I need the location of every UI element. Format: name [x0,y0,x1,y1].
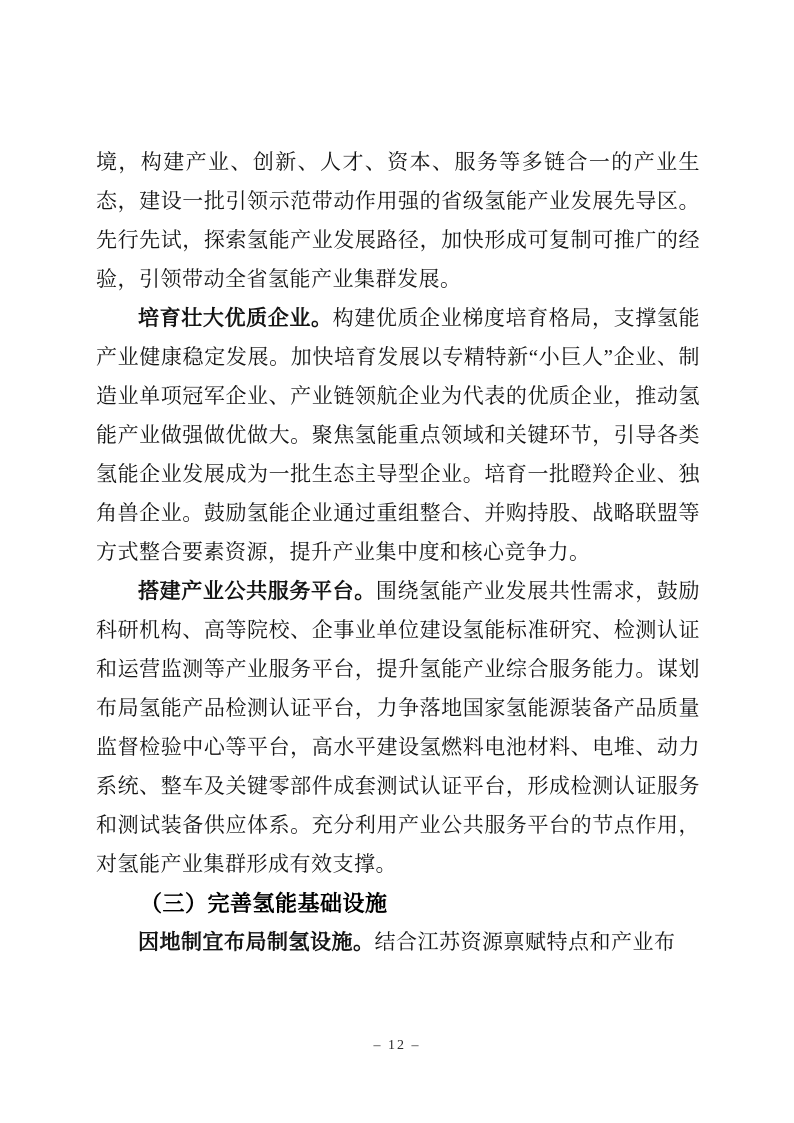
document-body: 境，构建产业、创新、人才、资本、服务等多链合一的产业生态，建设一批引领示范带动作… [96,143,700,962]
paragraph-text: 结合江苏资源禀赋特点和产业布 [375,930,676,954]
paragraph-lead: 搭建产业公共服务平台。 [138,579,376,603]
paragraph-hydrogen-facilities: 因地制宜布局制氢设施。结合江苏资源禀赋特点和产业布 [96,923,700,962]
paragraph-text: 境，构建产业、创新、人才、资本、服务等多链合一的产业生态，建设一批引领示范带动作… [96,150,700,291]
paragraph-continuation: 境，构建产业、创新、人才、资本、服务等多链合一的产业生态，建设一批引领示范带动作… [96,143,700,299]
page-number: – 12 – [374,1038,421,1053]
paragraph-public-service-platform: 搭建产业公共服务平台。围绕氢能产业发展共性需求，鼓励科研机构、高等院校、企事业单… [96,572,700,884]
section-heading: （三）完善氢能基础设施 [96,884,700,923]
page-footer: – 12 – [0,1036,794,1056]
paragraph-lead: 培育壮大优质企业。 [138,306,333,330]
paragraph-text: 围绕氢能产业发展共性需求，鼓励科研机构、高等院校、企事业单位建设氢能标准研究、检… [96,579,700,876]
paragraph-lead: 因地制宜布局制氢设施。 [138,930,375,954]
paragraph-cultivate-enterprises: 培育壮大优质企业。构建优质企业梯度培育格局，支撑氢能产业健康稳定发展。加快培育发… [96,299,700,572]
document-page: 境，构建产业、创新、人才、资本、服务等多链合一的产业生态，建设一批引领示范带动作… [0,0,794,1123]
paragraph-text: 构建优质企业梯度培育格局，支撑氢能产业健康稳定发展。加快培育发展以专精特新“小巨… [96,306,700,564]
